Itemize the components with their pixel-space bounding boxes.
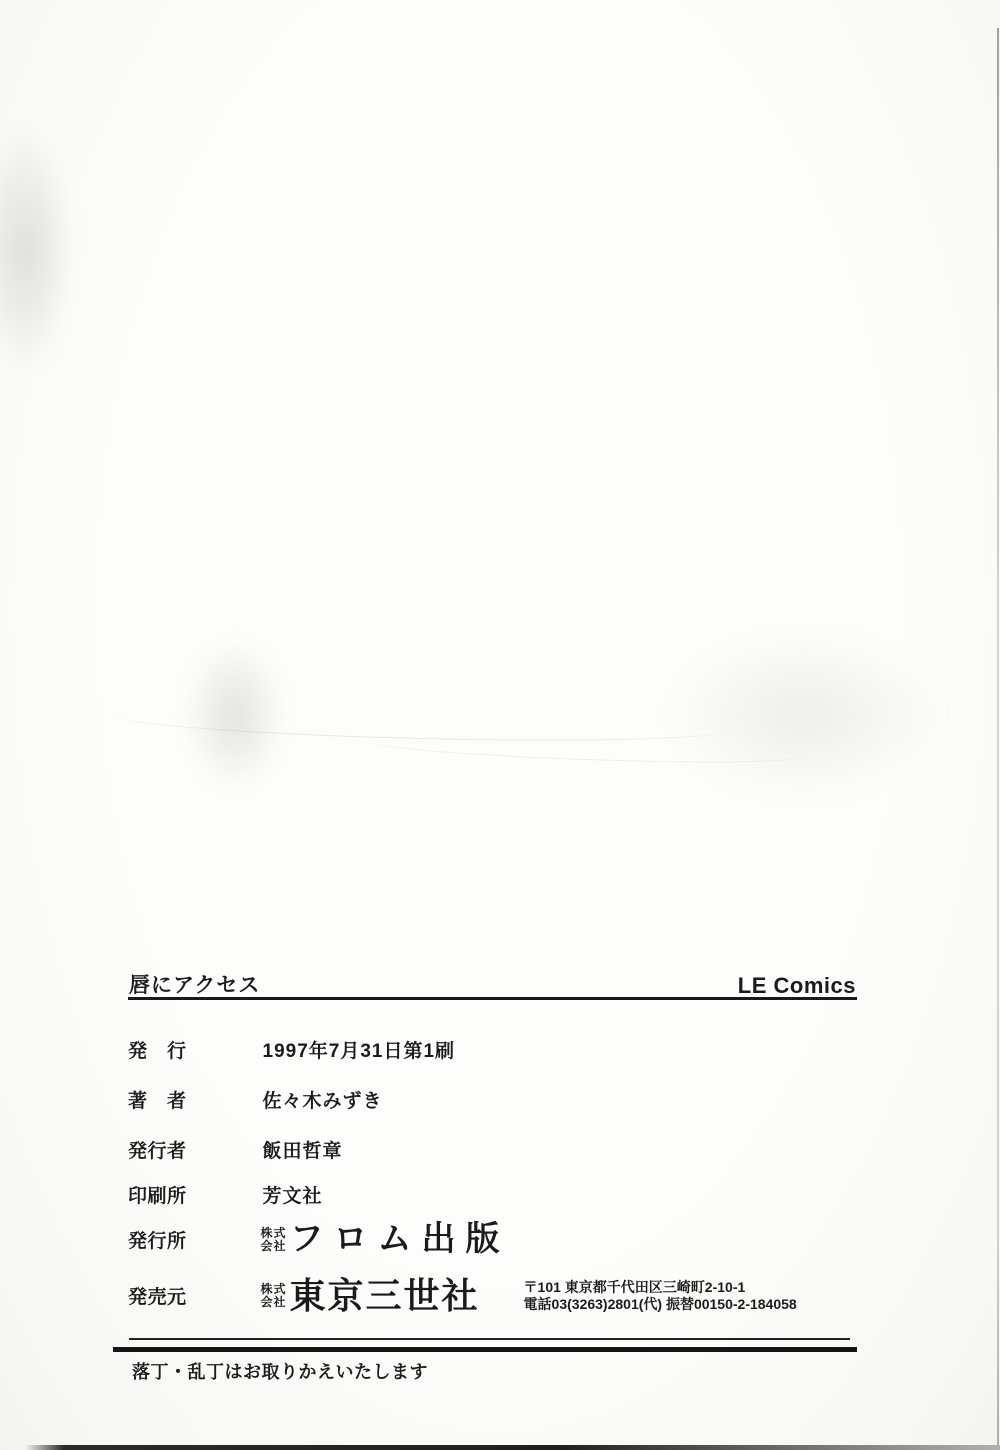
row-label: 発売元 xyxy=(128,1282,187,1309)
row-value: 佐々木みずき xyxy=(263,1086,383,1113)
row-value: 芳文社 xyxy=(263,1181,323,1208)
company-prefix-top: 株式 xyxy=(261,1227,287,1240)
colophon-row-publisher-person: 発行者 飯田哲章 xyxy=(128,1136,343,1163)
scan-smudge-right xyxy=(665,630,945,800)
colophon-row-publication: 発 行 1997年7月31日第1刷 xyxy=(128,1036,455,1063)
company-prefix-top: 株式 xyxy=(261,1283,287,1296)
colophon-row-publishing-house: 発行所 株式 会社 フロム出版 xyxy=(128,1222,510,1258)
scan-edge-bottom xyxy=(25,1445,1000,1450)
scan-edge-right xyxy=(997,28,999,1445)
colophon-row-printer: 印刷所 芳文社 xyxy=(128,1181,323,1208)
colophon-row-author: 著 者 佐々木みずき xyxy=(128,1086,383,1113)
title-rule xyxy=(128,997,857,1000)
company-name: 東京三世社 xyxy=(290,1277,480,1315)
footer-rule-thick xyxy=(113,1347,857,1352)
row-label: 発行所 xyxy=(128,1226,187,1253)
company-prefix: 株式 会社 xyxy=(261,1283,287,1309)
footer-note: 落丁・乱丁はお取りかえいたします xyxy=(132,1358,428,1384)
row-label: 印刷所 xyxy=(128,1181,187,1208)
address-block: 〒101 東京都千代田区三崎町2-10-1 電話03(3263)2801(代) … xyxy=(524,1279,797,1313)
book-title: 唇にアクセス xyxy=(129,969,260,999)
company-prefix-bottom: 会社 xyxy=(261,1240,287,1253)
row-value: 飯田哲章 xyxy=(263,1136,343,1163)
footer-rule-thin xyxy=(129,1338,850,1340)
title-row: 唇にアクセス LE Comics xyxy=(129,969,856,999)
row-value: 1997年7月31日第1刷 xyxy=(263,1036,456,1063)
row-label: 著 者 xyxy=(128,1086,187,1113)
address-postal-line: 〒101 東京都千代田区三崎町2-10-1 xyxy=(524,1279,797,1296)
row-label: 発行者 xyxy=(128,1136,187,1163)
imprint-label: LE Comics xyxy=(738,973,856,999)
row-label: 発 行 xyxy=(128,1036,187,1063)
company-prefix: 株式 会社 xyxy=(261,1227,287,1253)
company-name: フロム出版 xyxy=(290,1222,510,1258)
scan-smudge-left xyxy=(0,125,75,375)
address-phone-line: 電話03(3263)2801(代) 振替00150-2-184058 xyxy=(524,1296,797,1313)
company-prefix-bottom: 会社 xyxy=(261,1296,287,1309)
colophon-row-distributor: 発売元 株式 会社 東京三世社 〒101 東京都千代田区三崎町2-10-1 電話… xyxy=(128,1277,797,1315)
scanned-colophon-page: 唇にアクセス LE Comics 発 行 1997年7月31日第1刷 著 者 佐… xyxy=(0,0,1000,1450)
